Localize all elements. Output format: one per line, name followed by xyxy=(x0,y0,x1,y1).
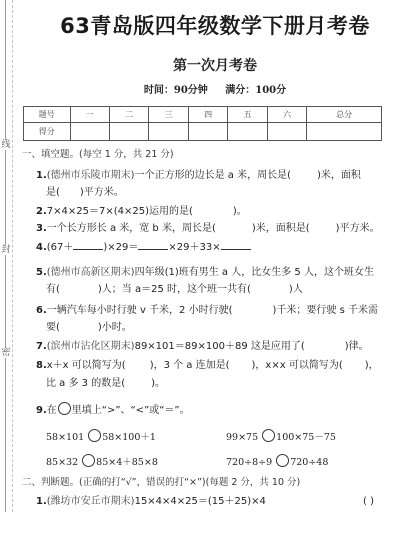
compare-item-3: 85×32 85×4＋85×8 xyxy=(46,454,158,468)
compare-right: 58×100＋1 xyxy=(102,432,156,443)
question-1-cont: 是()平方米。 xyxy=(46,186,390,200)
answer-blank[interactable] xyxy=(221,239,251,250)
compare-left: 58×101 xyxy=(46,432,84,443)
answer-blank[interactable] xyxy=(73,239,103,250)
score-cell[interactable] xyxy=(110,123,149,141)
question-text: )，3 个 a 连加是( xyxy=(150,360,230,371)
binding-label-mi: 密 xyxy=(1,348,11,358)
answer-blank[interactable] xyxy=(138,239,168,250)
score-cell[interactable] xyxy=(307,123,382,141)
score-header-cell: 总分 xyxy=(307,107,382,123)
question-number: 1. xyxy=(36,170,47,181)
question-text: 一个正方形的边长是 a 米，周长是( xyxy=(135,170,291,181)
exam-title: 63青岛版四年级数学下册月考卷 xyxy=(30,10,400,40)
question-text: 一辆汽车每小时行驶 v 千米，2 小时行驶( xyxy=(47,305,233,316)
compare-item-4: 720÷8÷9 720÷48 xyxy=(226,454,328,468)
binding-label-xian: 线 xyxy=(1,140,11,150)
section2-heading: 二、判断题。(正确的打“√”，错误的打“×”)(每题 2 分，共 10 分) xyxy=(22,476,390,490)
question-number: 6. xyxy=(36,305,47,316)
question-text: 15×4×4×25＝(15＋25)×4 xyxy=(135,496,266,507)
exam-time: 时间：90分钟 xyxy=(144,85,208,96)
exam-subtitle: 第一次月考卷 xyxy=(30,55,400,75)
question-text: )人 xyxy=(289,284,303,295)
question-8: 8.x＋x 可以简写为()，3 个 a 连加是()，x×x 可以简写为()， xyxy=(36,359,390,373)
question-7: 7.(滨州市沾化区期末)89×101＝89×100＋89 这是应用了()律。 xyxy=(36,340,390,354)
question-number: 1. xyxy=(36,496,47,507)
question-2: 2.7×4×25＝7×(4×25)运用的是()。 xyxy=(36,205,390,219)
binding-label-feng: 封 xyxy=(1,245,11,255)
score-cell[interactable] xyxy=(70,123,109,141)
score-header-cell: 二 xyxy=(110,107,149,123)
question-text: 有( xyxy=(46,284,60,295)
question-number: 8. xyxy=(36,360,47,371)
question-text: )人；当 a＝25 时，这个班一共有( xyxy=(98,284,251,295)
score-header-cell: 六 xyxy=(267,107,306,123)
section1-heading: 一、填空题。(每空 1 分，共 21 分) xyxy=(22,148,390,162)
question-1: 1.(德州市乐陵市期末)一个正方形的边长是 a 米，周长是()米，面积 xyxy=(36,169,390,183)
question-text: (67＋ xyxy=(47,242,74,253)
question-number: 3. xyxy=(36,223,47,234)
question-5-cont: 有()人；当 a＝25 时，这个班一共有()人 xyxy=(46,283,390,297)
score-row-label: 得分 xyxy=(24,123,71,141)
compare-left: 99×75 xyxy=(226,432,258,443)
compare-right: 85×4＋85×8 xyxy=(96,457,158,468)
score-header-cell: 题号 xyxy=(24,107,71,123)
score-table-score-row: 得分 xyxy=(24,123,382,141)
score-table-header-row: 题号 一 二 三 四 五 六 总分 xyxy=(24,107,382,123)
compare-right: 720÷48 xyxy=(290,457,328,468)
question-number: 7. xyxy=(36,341,47,352)
question-text: )，x×x 可以简写为( xyxy=(252,360,343,371)
compare-right: 100×75－75 xyxy=(276,432,336,443)
question-text: )平方米。 xyxy=(336,223,380,234)
score-header-cell: 四 xyxy=(188,107,227,123)
question-3: 3.一个长方形长 a 米，宽 b 米，周长是()米，面积是()平方米。 xyxy=(36,222,390,236)
question-source: (德州市高新区期末) xyxy=(47,267,135,278)
question-number: 5. xyxy=(36,267,47,278)
question-text: x＋x 可以简写为( xyxy=(47,360,126,371)
question-text: )千米；要行驶 s 千米需 xyxy=(272,305,377,316)
judge-question-1: 1.(潍坊市安丘市期末)15×4×4×25＝(15＋25)×4 ( ) xyxy=(36,495,390,509)
compare-left: 85×32 xyxy=(46,457,78,468)
compare-item-2: 99×75 100×75－75 xyxy=(226,429,336,443)
question-text: 比 a 多 3 的数是( xyxy=(46,378,125,389)
question-6-cont: 要()小时。 xyxy=(46,321,390,335)
question-text: )米，面积 xyxy=(317,170,361,181)
question-number: 4. xyxy=(36,242,47,253)
score-table: 题号 一 二 三 四 五 六 总分 得分 xyxy=(23,106,382,141)
question-text: 四年级(1)班有男生 a 人，比女生多 5 人，这个班女生 xyxy=(135,267,374,278)
question-text: ×29＋33× xyxy=(168,242,220,253)
score-header-cell: 三 xyxy=(149,107,188,123)
compare-circle-input[interactable] xyxy=(88,429,101,442)
score-cell[interactable] xyxy=(149,123,188,141)
binding-line-dashed xyxy=(12,0,13,512)
question-source: (潍坊市安丘市期末) xyxy=(47,496,135,507)
score-cell[interactable] xyxy=(267,123,306,141)
question-text: 在 xyxy=(47,405,57,416)
question-6: 6.一辆汽车每小时行驶 v 千米，2 小时行驶()千米；要行驶 s 千米需 xyxy=(36,304,390,318)
question-text: 要( xyxy=(46,322,60,333)
compare-circle-input[interactable] xyxy=(276,454,289,467)
compare-circle-input[interactable] xyxy=(82,454,95,467)
question-text: )， xyxy=(365,360,379,371)
question-number: 9. xyxy=(36,405,47,416)
question-text: )。 xyxy=(151,378,165,389)
score-cell[interactable] xyxy=(188,123,227,141)
judge-answer-box[interactable]: ( ) xyxy=(363,495,374,509)
question-text: 是( xyxy=(46,187,60,198)
question-text: 里填上“>”、“<”或“＝”。 xyxy=(72,405,190,416)
question-source: (德州市乐陵市期末) xyxy=(47,170,135,181)
question-5: 5.(德州市高新区期末)四年级(1)班有男生 a 人，比女生多 5 人，这个班女… xyxy=(36,266,390,280)
question-text: )×29＝ xyxy=(103,242,138,253)
question-text: )平方米。 xyxy=(80,187,124,198)
question-text: 一个长方形长 a 米，宽 b 米，周长是( xyxy=(47,223,216,234)
compare-left: 720÷8÷9 xyxy=(226,457,272,468)
question-text: )小时。 xyxy=(98,322,132,333)
exam-meta: 时间：90分钟 满分：100分 xyxy=(30,81,400,96)
question-8-cont: 比 a 多 3 的数是()。 xyxy=(46,377,390,391)
circle-icon xyxy=(58,402,71,415)
question-source: (滨州市沾化区期末) xyxy=(47,341,135,352)
question-9: 9.在里填上“>”、“<”或“＝”。 xyxy=(36,402,390,418)
question-text: )。 xyxy=(233,206,247,217)
score-cell[interactable] xyxy=(228,123,267,141)
question-text: )律。 xyxy=(345,341,369,352)
question-number: 2. xyxy=(36,206,47,217)
question-text: 89×101＝89×100＋89 这是应用了( xyxy=(135,341,305,352)
compare-circle-input[interactable] xyxy=(262,429,275,442)
binding-line-solid xyxy=(5,0,6,512)
score-header-cell: 五 xyxy=(228,107,267,123)
score-header-cell: 一 xyxy=(70,107,109,123)
question-4: 4.(67＋)×29＝×29＋33× xyxy=(36,239,390,255)
compare-item-1: 58×101 58×100＋1 xyxy=(46,429,156,443)
exam-full-score: 满分：100分 xyxy=(225,85,286,96)
question-text: )米，面积是( xyxy=(252,223,310,234)
question-text: 7×4×25＝7×(4×25)运用的是( xyxy=(47,206,193,217)
